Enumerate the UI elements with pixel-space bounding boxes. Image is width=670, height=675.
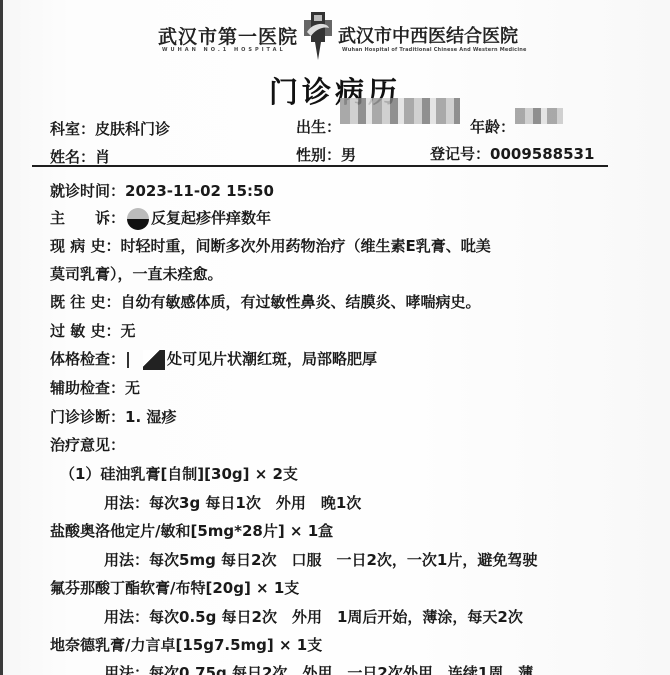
- prescription-name: （1）硅油乳膏[自制][30g] × 2支: [60, 465, 298, 483]
- diagnosis-label: 门诊诊断：: [50, 408, 125, 426]
- hospital-name-right-en: Wuhan Hospital of Traditional Chinese An…: [342, 47, 527, 53]
- prescription-item: （1）硅油乳膏[自制][30g] × 2支: [60, 463, 298, 484]
- aux-exam-row: 辅助检查：无: [50, 377, 140, 398]
- chief-complaint-label: 主 诉：: [50, 209, 125, 227]
- age-redaction-mosaic: [515, 108, 563, 124]
- present-illness-line2: 莫司乳膏），一直未痊愈。: [50, 265, 223, 283]
- prescription-name: 氟芬那酸丁酯软膏/布特[20g] × 1支: [50, 579, 299, 597]
- registration-label: 登记号：: [430, 145, 490, 163]
- present-illness-label: 现 病 史：: [50, 237, 120, 255]
- gender-label: 性别：: [296, 146, 341, 164]
- redaction-blot-icon: [127, 208, 149, 230]
- treatment-label: 治疗意见：: [50, 436, 125, 454]
- physical-exam-value: 处可见片状潮红斑，局部略肥厚: [167, 350, 377, 368]
- redaction-mark-icon: [127, 352, 129, 368]
- prescription-usage-text: 用法：每次5mg 每日2次 口服 一日2次，一次1片，避免驾驶: [104, 551, 537, 569]
- prescription-usage: 用法：每次3g 每日1次 外用 晚1次: [104, 492, 361, 513]
- prescription-item: 盐酸奥洛他定片/敏和[5mg*28片] × 1盒: [50, 520, 333, 541]
- name-field: 姓名：肖: [50, 146, 110, 167]
- chief-complaint-row: 主 诉：反复起疹伴痒数年: [50, 207, 271, 230]
- age-label: 年龄：: [470, 118, 515, 136]
- prescription-usage-text: 用法：每次0.5g 每日2次 外用 1周后开始，薄涂，每天2次: [104, 608, 523, 626]
- allergy-label: 过 敏 史：: [50, 322, 120, 340]
- prescription-usage: 用法：每次0.5g 每日2次 外用 1周后开始，薄涂，每天2次: [104, 606, 523, 627]
- registration-value: 0009588531: [490, 145, 594, 163]
- birth-redaction-mosaic: [340, 98, 460, 124]
- registration-field: 登记号：0009588531: [430, 143, 594, 164]
- aux-exam-label: 辅助检查：: [50, 379, 125, 397]
- name-value: 肖: [95, 148, 110, 166]
- treatment-heading-row: 治疗意见：: [50, 434, 125, 455]
- document-title: 门诊病历: [0, 70, 670, 111]
- hospital-name-left-en: WUHAN NO.1 HOSPITAL: [162, 47, 286, 53]
- past-history-label: 既 往 史：: [50, 293, 120, 311]
- gender-value: 男: [341, 146, 356, 164]
- present-illness-row-cont: 莫司乳膏），一直未痊愈。: [50, 263, 223, 284]
- present-illness-line1: 时轻时重，间断多次外用药物治疗（维生素E乳膏、吡美: [120, 237, 490, 255]
- aux-exam-value: 无: [125, 379, 140, 397]
- prescription-usage-text: 用法：每次0.75g 每日2次 外用 一日2次外用，连续1周，薄: [104, 664, 533, 675]
- allergy-row: 过 敏 史：无: [50, 320, 135, 341]
- visit-time-row: 就诊时间：2023-11-02 15:50: [50, 180, 274, 201]
- department-field: 科室：皮肤科门诊: [50, 118, 170, 139]
- diagnosis-value: 1. 湿疹: [125, 408, 176, 426]
- department-value: 皮肤科门诊: [95, 120, 170, 138]
- prescription-name: 地奈德乳膏/力言卓[15g7.5mg] × 1支: [50, 636, 322, 654]
- birth-label: 出生：: [296, 118, 341, 136]
- prescription-name: 盐酸奥洛他定片/敏和[5mg*28片] × 1盒: [50, 522, 333, 540]
- name-label: 姓名：: [50, 148, 95, 166]
- prescription-usage: 用法：每次5mg 每日2次 口服 一日2次，一次1片，避免驾驶: [104, 549, 537, 570]
- present-illness-row: 现 病 史：时轻时重，间断多次外用药物治疗（维生素E乳膏、吡美: [50, 235, 491, 256]
- visit-time-label: 就诊时间：: [50, 182, 125, 200]
- allergy-value: 无: [120, 322, 135, 340]
- hospital-emblem-icon: [303, 10, 333, 62]
- header-divider: [32, 165, 608, 167]
- chief-complaint-value: 反复起疹伴痒数年: [151, 209, 271, 227]
- prescription-usage-text: 用法：每次3g 每日1次 外用 晚1次: [104, 494, 361, 512]
- prescription-item: 氟芬那酸丁酯软膏/布特[20g] × 1支: [50, 577, 299, 598]
- gender-field: 性别：男: [296, 144, 356, 165]
- age-field: 年龄：: [470, 116, 515, 137]
- diagnosis-row: 门诊诊断：1. 湿疹: [50, 406, 176, 427]
- prescription-usage: 用法：每次0.75g 每日2次 外用 一日2次外用，连续1周，薄: [104, 662, 533, 675]
- hospital-name-right: 武汉市中西医结合医院: [338, 22, 518, 48]
- visit-time-value: 2023-11-02 15:50: [125, 182, 274, 200]
- birth-field: 出生：: [296, 116, 341, 137]
- prescription-item: 地奈德乳膏/力言卓[15g7.5mg] × 1支: [50, 634, 322, 655]
- past-history-row: 既 往 史：自幼有敏感体质，有过敏性鼻炎、结膜炎、哮喘病史。: [50, 291, 480, 312]
- hospital-logo-header: 武汉市第一医院 WUHAN NO.1 HOSPITAL 武汉市中西医结合医院 W…: [150, 10, 550, 65]
- physical-exam-row: 体格检查：处可见片状潮红斑，局部略肥厚: [50, 348, 377, 370]
- redaction-blot-icon: [143, 350, 165, 370]
- past-history-value: 自幼有敏感体质，有过敏性鼻炎、结膜炎、哮喘病史。: [120, 293, 480, 311]
- physical-exam-label: 体格检查：: [50, 350, 125, 368]
- department-label: 科室：: [50, 120, 95, 138]
- hospital-name-left: 武汉市第一医院: [158, 22, 298, 49]
